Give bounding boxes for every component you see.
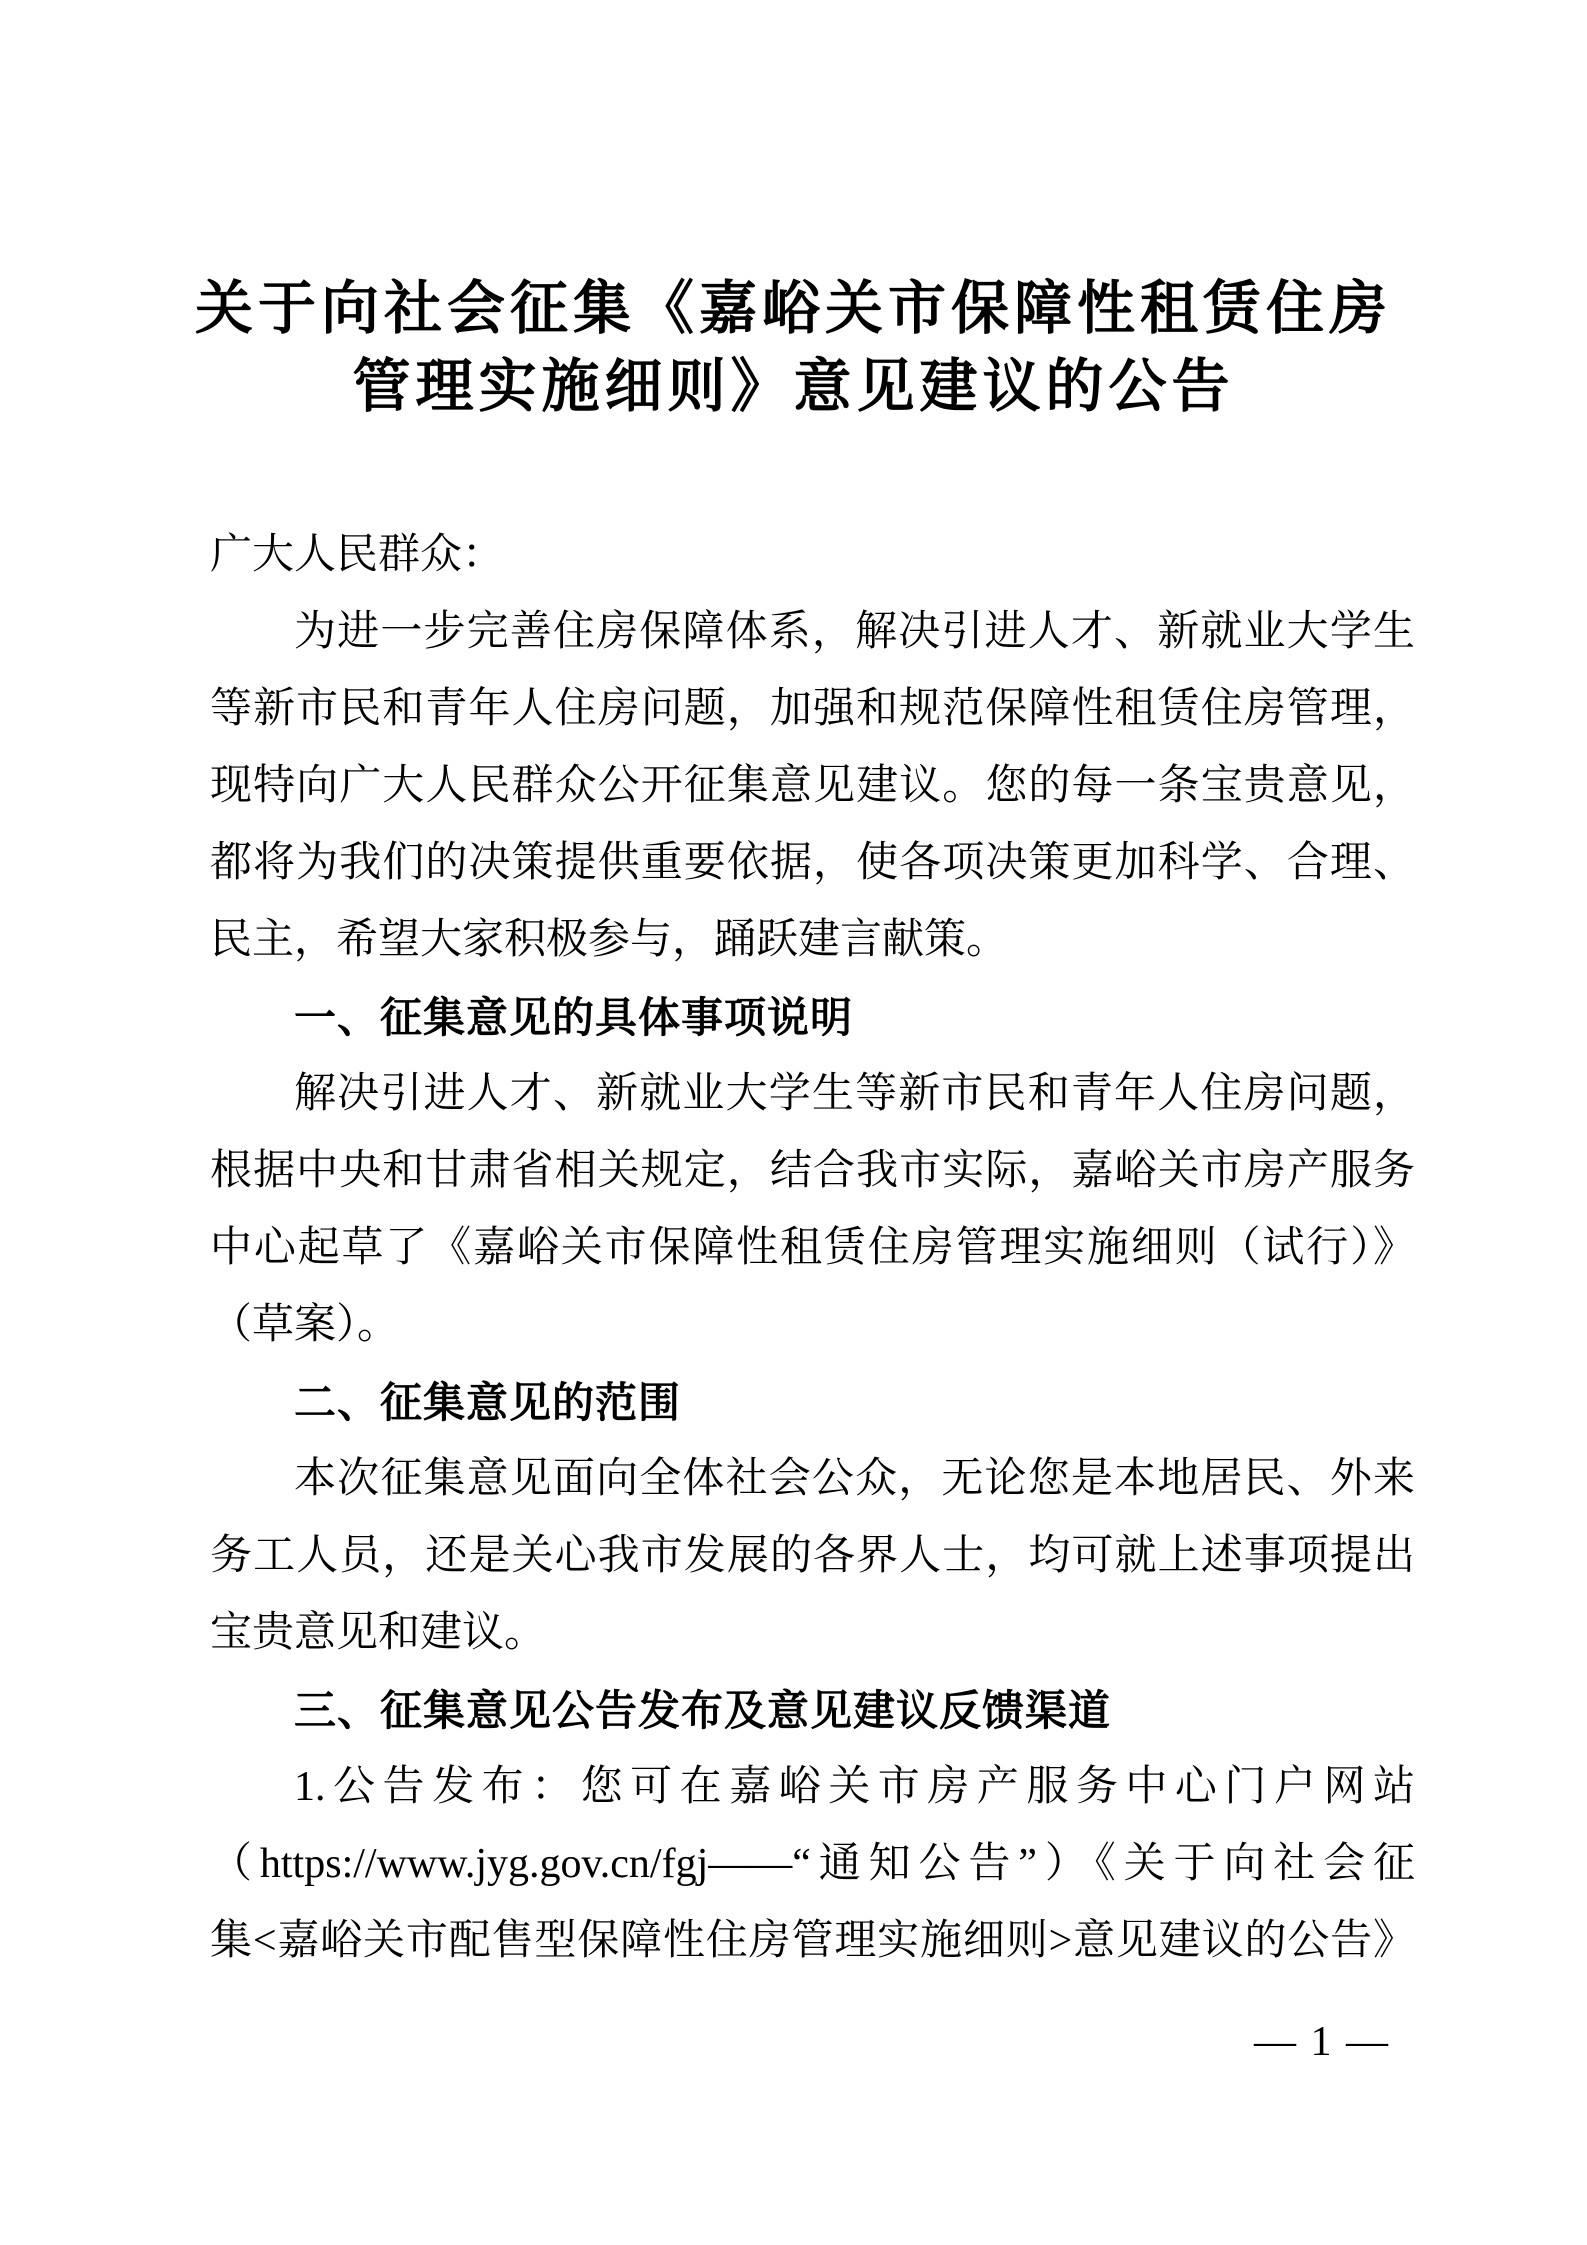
section-heading: 三、征集意见公告发布及意见建议反馈渠道 bbox=[210, 1672, 1415, 1749]
document-title-line-1: 关于向社会征集《嘉峪关市保障性租赁住房 bbox=[0, 270, 1587, 348]
page-number: — 1 — bbox=[1254, 2012, 1390, 2072]
body-line: 宝贵意见和建议。 bbox=[210, 1595, 1415, 1672]
document-body: 广大人民群众：为进一步完善住房保障体系，解决引进人才、新就业大学生等新市民和青年… bbox=[210, 517, 1415, 1980]
body-line: 本次征集意见面向全体社会公众，无论您是本地居民、外来 bbox=[210, 1441, 1415, 1518]
body-line: 根据中央和甘肃省相关规定，结合我市实际，嘉峪关市房产服务 bbox=[210, 1133, 1415, 1210]
body-line: 都将为我们的决策提供重要依据，使各项决策更加科学、合理、 bbox=[210, 825, 1415, 902]
body-line: 民主，希望大家积极参与，踊跃建言献策。 bbox=[210, 902, 1415, 979]
body-line: 中心起草了《嘉峪关市保障性租赁住房管理实施细则（试行）》 bbox=[210, 1210, 1415, 1287]
document-title-line-2: 管理实施细则》意见建议的公告 bbox=[0, 348, 1587, 426]
body-line: 1.公告发布：您可在嘉峪关市房产服务中心门户网站 bbox=[210, 1749, 1415, 1826]
body-line: 务工人员，还是关心我市发展的各界人士，均可就上述事项提出 bbox=[210, 1518, 1415, 1595]
document-page: 关于向社会征集《嘉峪关市保障性租赁住房 管理实施细则》意见建议的公告 广大人民群… bbox=[0, 0, 1587, 2245]
body-line: 广大人民群众： bbox=[210, 517, 1415, 594]
body-line: 现特向广大人民群众公开征集意见建议。您的每一条宝贵意见， bbox=[210, 748, 1415, 825]
section-heading: 一、征集意见的具体事项说明 bbox=[210, 979, 1415, 1056]
section-heading: 二、征集意见的范围 bbox=[210, 1364, 1415, 1441]
body-line: 解决引进人才、新就业大学生等新市民和青年人住房问题， bbox=[210, 1056, 1415, 1133]
body-line: 集<嘉峪关市配售型保障性住房管理实施细则>意见建议的公告》 bbox=[210, 1903, 1415, 1980]
body-line: 为进一步完善住房保障体系，解决引进人才、新就业大学生 bbox=[210, 594, 1415, 671]
body-line: （https://www.jyg.gov.cn/fgj——“通知公告”）《关于向… bbox=[210, 1826, 1415, 1903]
body-line: 等新市民和青年人住房问题，加强和规范保障性租赁住房管理， bbox=[210, 671, 1415, 748]
document-title: 关于向社会征集《嘉峪关市保障性租赁住房 管理实施细则》意见建议的公告 bbox=[0, 270, 1587, 426]
body-line: （草案）。 bbox=[210, 1287, 1415, 1364]
